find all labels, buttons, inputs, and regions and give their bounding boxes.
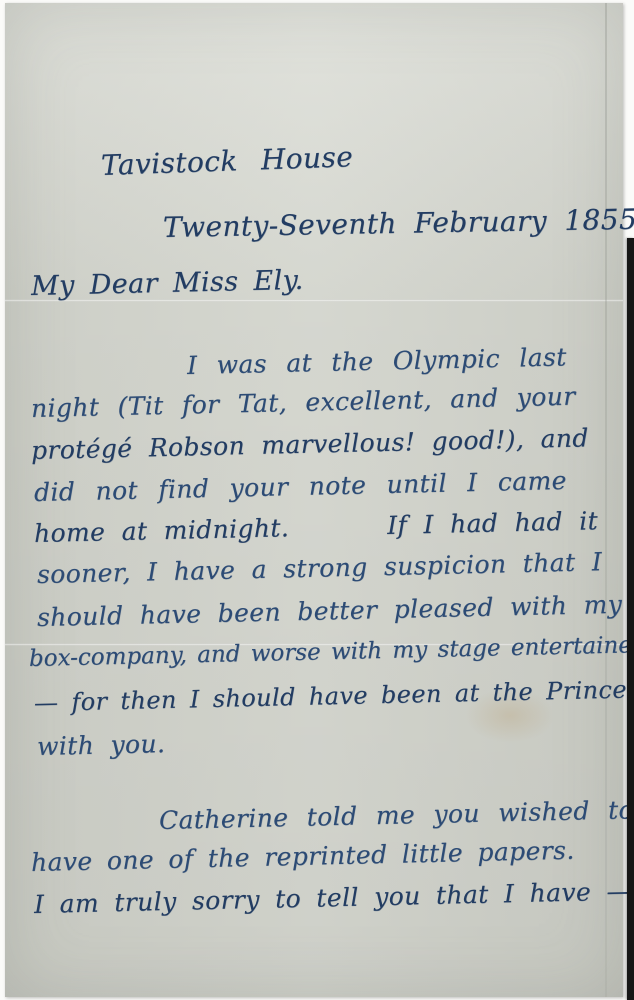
body-line: protégé Robson marvellous! good!), and	[31, 423, 589, 465]
body-line: should have been better pleased with my	[37, 590, 623, 632]
body-line: night (Tit for Tat, excellent, and your	[31, 382, 576, 423]
second-sheet-edge	[605, 3, 607, 997]
letter-paper: Tavistock House Twenty-Seventh February …	[5, 3, 623, 997]
salutation-line: My Dear Miss Ely.	[31, 265, 304, 302]
body-line: sooner, I have a strong suspicion that I	[37, 547, 603, 589]
body-line: home at midnight. If I had had it	[34, 506, 599, 548]
body-line: I am truly sorry to tell you that I have…	[34, 875, 634, 919]
body-line: I was at the Olympic last	[187, 342, 567, 380]
body-line: Catherine told me you wished to	[159, 795, 634, 835]
letter-scan: Tavistock House Twenty-Seventh February …	[0, 0, 634, 1000]
scanner-edge-shadow	[627, 238, 634, 1000]
date-line: Twenty-Seventh February 1855.	[163, 203, 634, 244]
body-line: have one of the reprinted little papers.	[31, 836, 575, 877]
address-line: Tavistock House	[100, 140, 353, 182]
body-line: did not find your note until I came	[34, 466, 567, 507]
body-line: box-company, and worse with my stage ent…	[29, 632, 634, 672]
body-line: with you.	[37, 729, 166, 761]
